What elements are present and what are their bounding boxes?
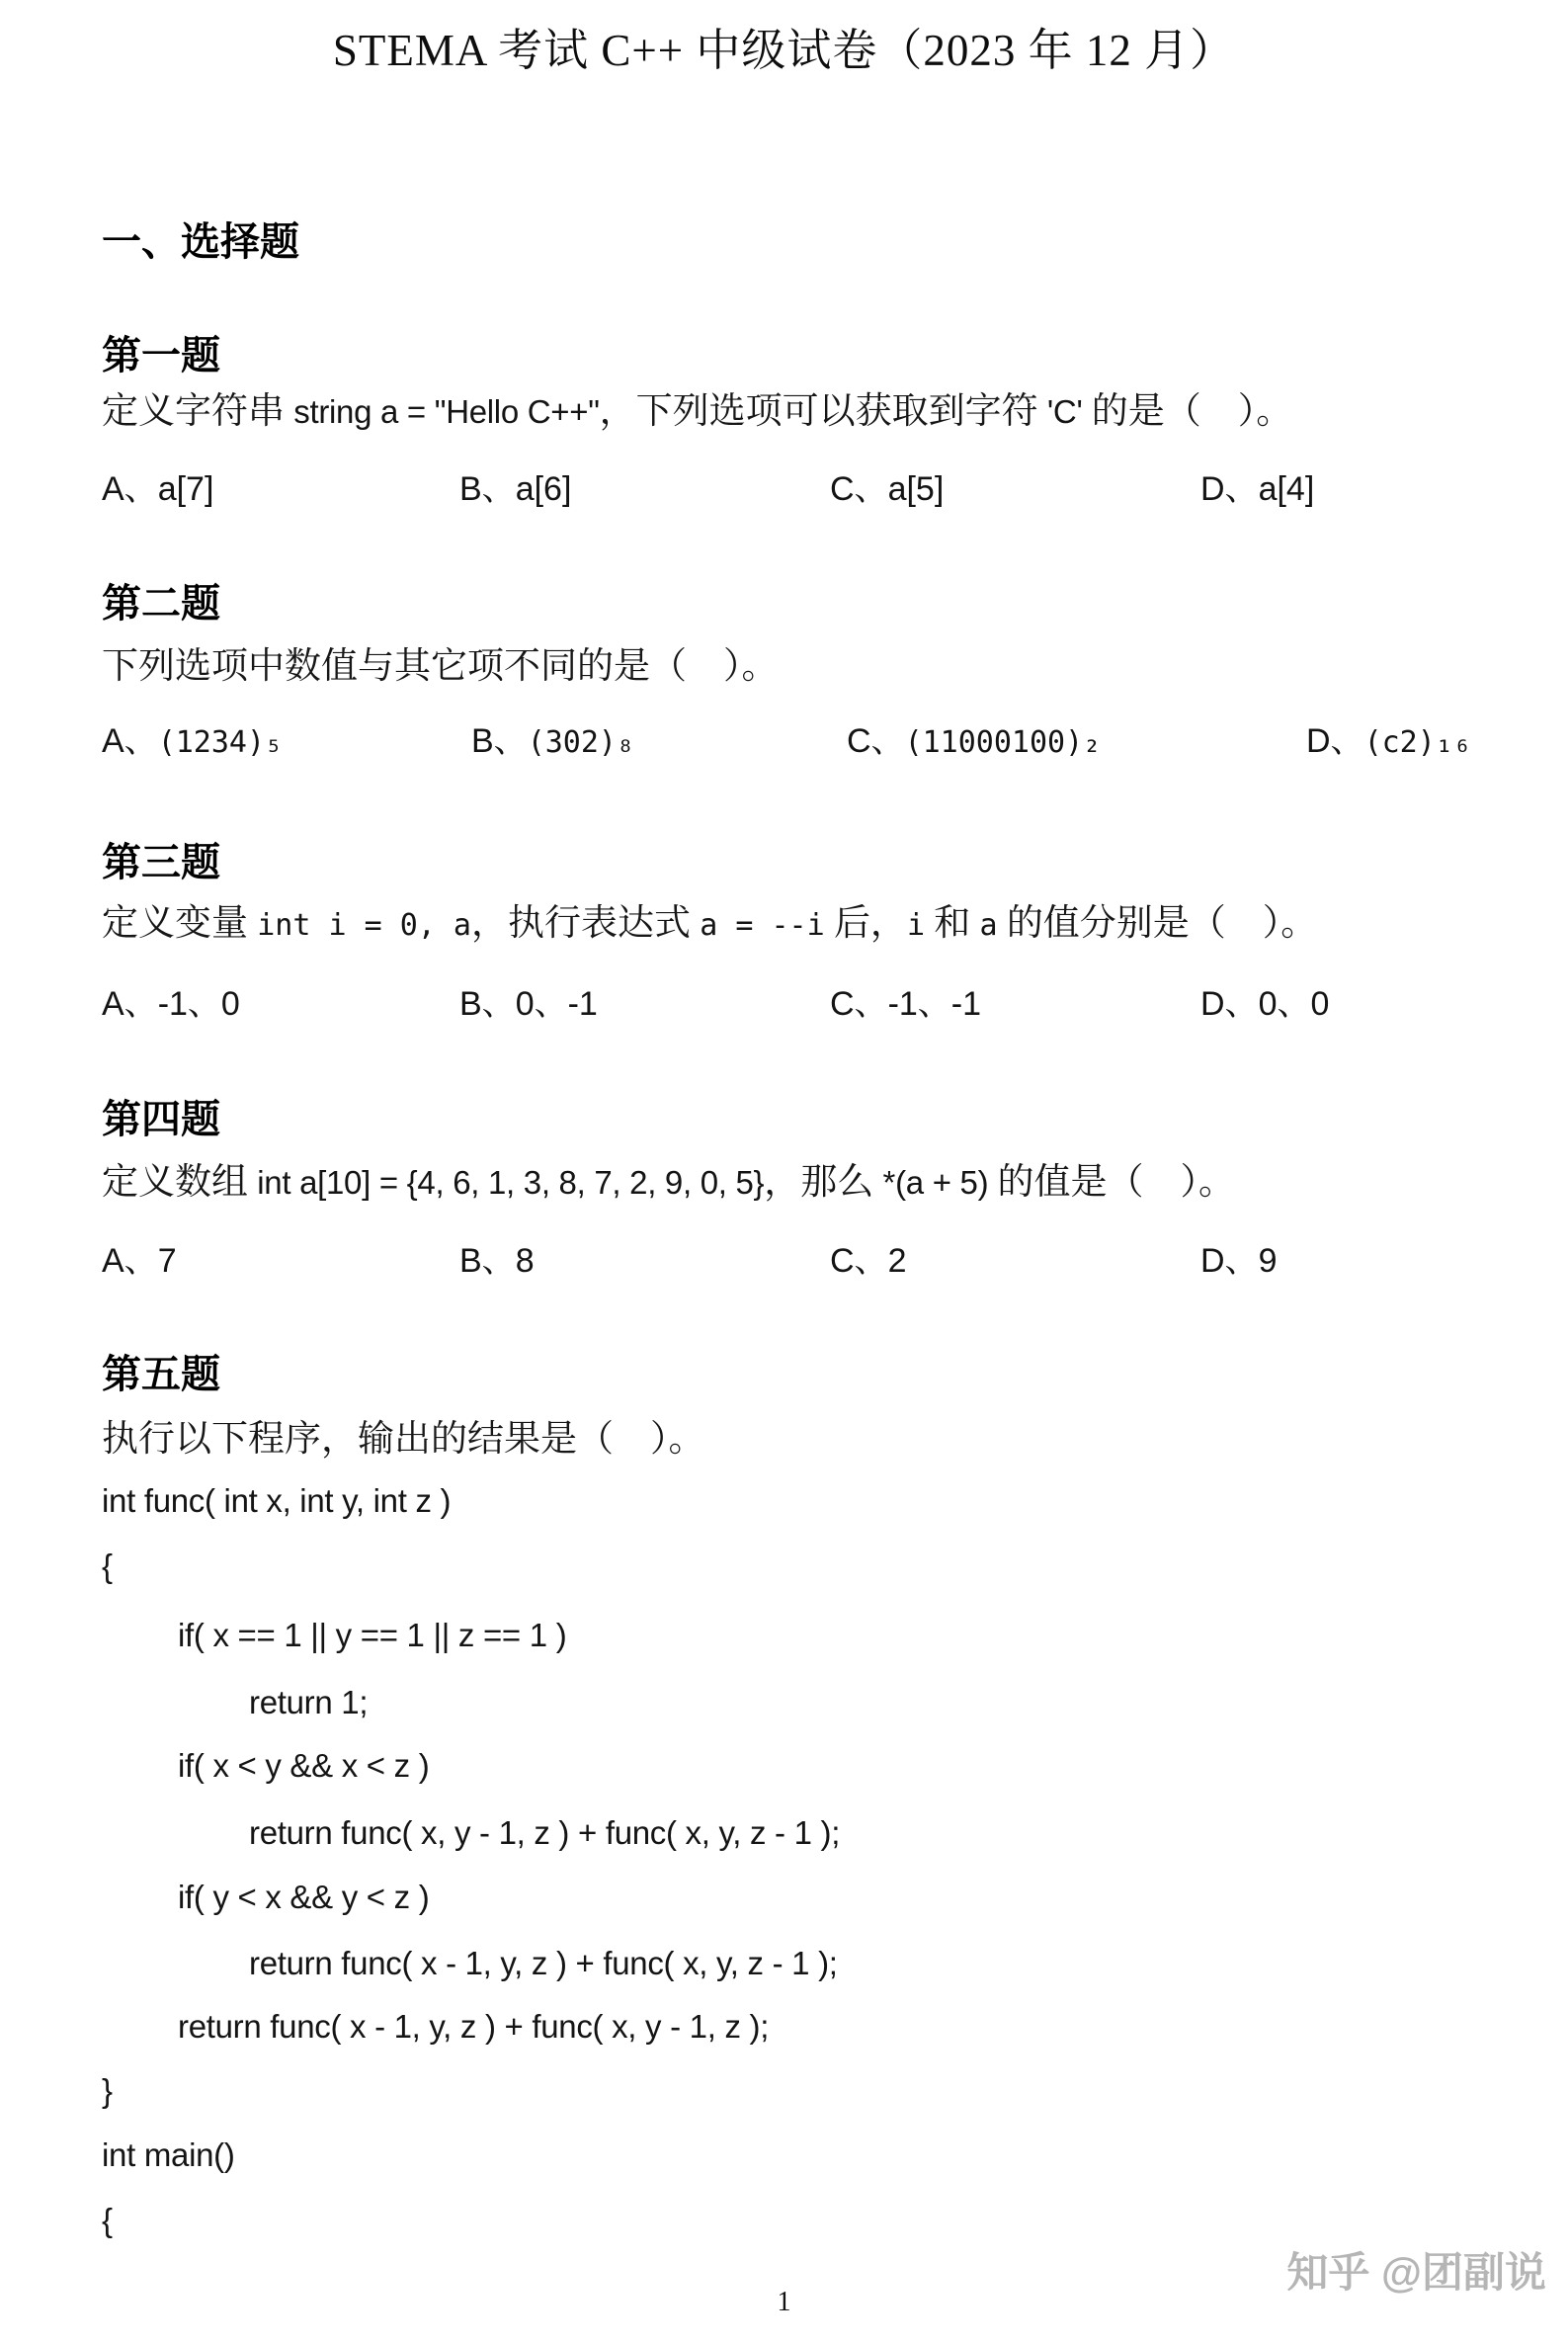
option-c: C、a[5] xyxy=(830,461,944,510)
exam-page: STEMA 考试 C++ 中级试卷（2023 年 12 月） 一、选择题 第一题… xyxy=(0,0,1568,2344)
stem-segment-code: int a[10] = {4, 6, 1, 3, 8, 7, 2, 9, 0, … xyxy=(257,1164,764,1201)
option-value: -1、0 xyxy=(158,985,240,1023)
option-d: D、(c2)₁₆ xyxy=(1306,713,1471,762)
stem-segment-mono: a = --i xyxy=(700,908,824,943)
option-value: (1234)₅ xyxy=(158,725,283,760)
stem-segment: 的值分别是（ ）。 xyxy=(998,903,1318,944)
code-line: if( x == 1 || y == 1 || z == 1 ) xyxy=(178,1617,566,1654)
option-value: 0、-1 xyxy=(516,985,598,1023)
option-b: B、8 xyxy=(459,1233,535,1282)
question-1-stem: 定义字符串 string a = "Hello C++"，下列选项可以获取到字符… xyxy=(102,391,1292,434)
question-1-heading: 第一题 xyxy=(102,333,220,378)
stem-segment: 下列选项中数值与其它项不同的是（ ）。 xyxy=(102,646,779,687)
option-letter: B、 xyxy=(459,470,516,508)
question-4-stem: 定义数组 int a[10] = {4, 6, 1, 3, 8, 7, 2, 9… xyxy=(102,1162,1235,1205)
stem-segment-code: *(a + 5) xyxy=(883,1164,989,1201)
stem-segment: 执行以下程序，输出的结果是（ ）。 xyxy=(102,1419,705,1460)
option-letter: A、 xyxy=(102,985,158,1023)
option-letter: B、 xyxy=(459,985,516,1023)
option-c: C、-1、-1 xyxy=(830,976,981,1025)
option-value: (302)₈ xyxy=(528,725,634,760)
option-value: 7 xyxy=(158,1242,177,1280)
question-3-heading: 第三题 xyxy=(102,840,220,885)
option-a: A、7 xyxy=(102,1233,177,1282)
question-4-options: A、7 B、8 C、2 D、9 xyxy=(0,1233,1568,1285)
code-line: int func( int x, int y, int z ) xyxy=(102,1482,451,1520)
option-value: 9 xyxy=(1259,1242,1278,1280)
option-letter: D、 xyxy=(1200,985,1259,1023)
code-line: { xyxy=(102,2202,113,2239)
code-line: } xyxy=(102,2072,113,2110)
option-value: -1、-1 xyxy=(888,985,981,1023)
code-line: return 1; xyxy=(249,1684,368,1721)
option-value: 2 xyxy=(888,1242,907,1280)
stem-segment: 后， xyxy=(825,903,907,944)
option-letter: D、 xyxy=(1306,722,1364,760)
section-heading: 一、选择题 xyxy=(102,219,299,265)
option-letter: B、 xyxy=(471,722,528,760)
option-value: a[4] xyxy=(1259,470,1315,508)
question-2-options: A、(1234)₅ B、(302)₈ C、(11000100)₂ D、(c2)₁… xyxy=(0,713,1568,765)
code-line: if( x < y && x < z ) xyxy=(178,1747,429,1785)
option-letter: C、 xyxy=(830,1242,888,1280)
stem-segment: 和 xyxy=(925,903,980,944)
stem-segment: ，那么 xyxy=(764,1162,882,1203)
code-line: return func( x - 1, y, z ) + func( x, y,… xyxy=(249,1945,838,1982)
option-letter: B、 xyxy=(459,1242,516,1280)
option-letter: D、 xyxy=(1200,1242,1259,1280)
stem-segment-mono: int i = 0, a xyxy=(257,908,471,943)
stem-segment: 定义变量 xyxy=(102,903,257,944)
question-3-options: A、-1、0 B、0、-1 C、-1、-1 D、0、0 xyxy=(0,976,1568,1028)
code-line: { xyxy=(102,1548,113,1585)
option-value: a[6] xyxy=(516,470,572,508)
watermark: 知乎 @团副说 xyxy=(1286,2249,1546,2297)
option-letter: A、 xyxy=(102,470,158,508)
question-2-stem: 下列选项中数值与其它项不同的是（ ）。 xyxy=(102,646,779,689)
option-letter: C、 xyxy=(830,470,888,508)
page-title: STEMA 考试 C++ 中级试卷（2023 年 12 月） xyxy=(0,26,1568,77)
code-line: int main() xyxy=(102,2136,235,2174)
code-line: if( y < x && y < z ) xyxy=(178,1879,429,1916)
question-5-stem: 执行以下程序，输出的结果是（ ）。 xyxy=(102,1419,705,1462)
option-b: B、a[6] xyxy=(459,461,571,510)
option-a: A、-1、0 xyxy=(102,976,240,1025)
question-5-heading: 第五题 xyxy=(102,1352,220,1397)
option-d: D、9 xyxy=(1200,1233,1277,1282)
option-value: 0、0 xyxy=(1259,985,1330,1023)
stem-segment: 定义字符串 xyxy=(102,391,293,432)
question-1-options: A、a[7] B、a[6] C、a[5] D、a[4] xyxy=(0,461,1568,513)
option-letter: A、 xyxy=(102,1242,158,1280)
question-4-heading: 第四题 xyxy=(102,1097,220,1142)
stem-segment-mono: i xyxy=(907,908,925,943)
stem-segment: 的是（ ）。 xyxy=(1082,391,1292,432)
stem-segment: ，执行表达式 xyxy=(471,903,700,944)
option-c: C、2 xyxy=(830,1233,906,1282)
stem-segment-code: 'C' xyxy=(1047,393,1083,430)
option-value: a[7] xyxy=(158,470,214,508)
stem-segment-code: string a = "Hello C++" xyxy=(293,393,599,430)
option-letter: C、 xyxy=(847,722,905,760)
code-line: return func( x - 1, y, z ) + func( x, y … xyxy=(178,2008,769,2046)
code-line: return func( x, y - 1, z ) + func( x, y,… xyxy=(249,1814,840,1852)
option-value: (c2)₁₆ xyxy=(1364,725,1471,760)
option-value: 8 xyxy=(516,1242,535,1280)
option-b: B、0、-1 xyxy=(459,976,598,1025)
option-d: D、0、0 xyxy=(1200,976,1329,1025)
option-value: a[5] xyxy=(888,470,945,508)
stem-segment: 的值是（ ）。 xyxy=(988,1162,1235,1203)
option-a: A、(1234)₅ xyxy=(102,713,283,762)
option-a: A、a[7] xyxy=(102,461,213,510)
question-3-stem: 定义变量 int i = 0, a，执行表达式 a = --i 后，i 和 a … xyxy=(102,903,1317,946)
question-2-heading: 第二题 xyxy=(102,581,220,627)
option-b: B、(302)₈ xyxy=(471,713,634,762)
option-c: C、(11000100)₂ xyxy=(847,713,1101,762)
option-letter: D、 xyxy=(1200,470,1259,508)
stem-segment-mono: a xyxy=(980,908,998,943)
stem-segment: 定义数组 xyxy=(102,1162,257,1203)
option-value: (11000100)₂ xyxy=(905,725,1102,760)
option-letter: A、 xyxy=(102,722,158,760)
option-letter: C、 xyxy=(830,985,888,1023)
stem-segment: ，下列选项可以获取到字符 xyxy=(600,391,1047,432)
option-d: D、a[4] xyxy=(1200,461,1314,510)
